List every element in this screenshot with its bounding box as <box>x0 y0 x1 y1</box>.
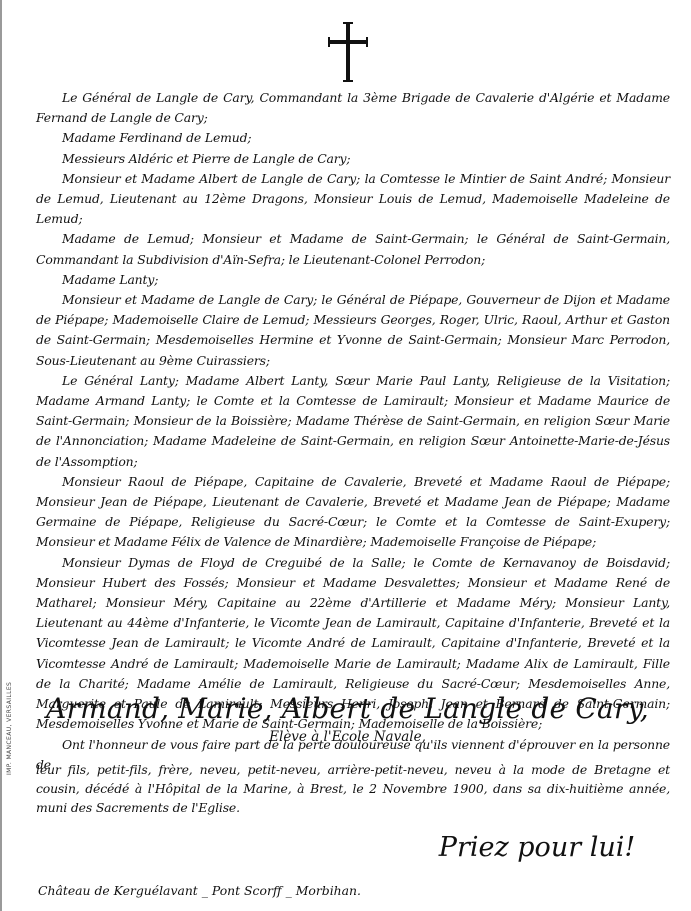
obituary-card: IMP. MANCEAU, VERSAILLES Le Général de L… <box>0 0 691 911</box>
family-list: Le Général de Langle de Cary, Commandant… <box>36 88 670 775</box>
family-paragraph: Madame Ferdinand de Lemud; <box>36 128 670 148</box>
family-paragraph: Madame de Lemud; Monsieur et Madame de S… <box>36 229 670 269</box>
cross-icon <box>328 22 368 82</box>
family-paragraph: Monsieur Raoul de Piépape, Capitaine de … <box>36 472 670 553</box>
family-paragraph: Messieurs Aldéric et Pierre de Langle de… <box>36 149 670 169</box>
family-paragraph: Le Général de Langle de Cary, Commandant… <box>36 88 670 128</box>
address-line: Château de Kerguélavant _ Pont Scorff _ … <box>38 882 538 900</box>
closing-paragraph: leur fils, petit-fils, frère, neveu, pet… <box>36 760 670 817</box>
family-paragraph: Madame Lanty; <box>36 270 670 290</box>
prayer-line: Priez pour lui! <box>397 830 677 866</box>
family-paragraph: Monsieur et Madame de Langle de Cary; le… <box>36 290 670 371</box>
family-paragraph: Monsieur et Madame Albert de Langle de C… <box>36 169 670 230</box>
deceased-title: Elève à l'Ecole Navale, <box>2 728 691 746</box>
family-paragraph: Le Général Lanty; Madame Albert Lanty, S… <box>36 371 670 472</box>
deceased-name: Armand, Marie, Albert de Langle de Cary, <box>2 692 691 726</box>
